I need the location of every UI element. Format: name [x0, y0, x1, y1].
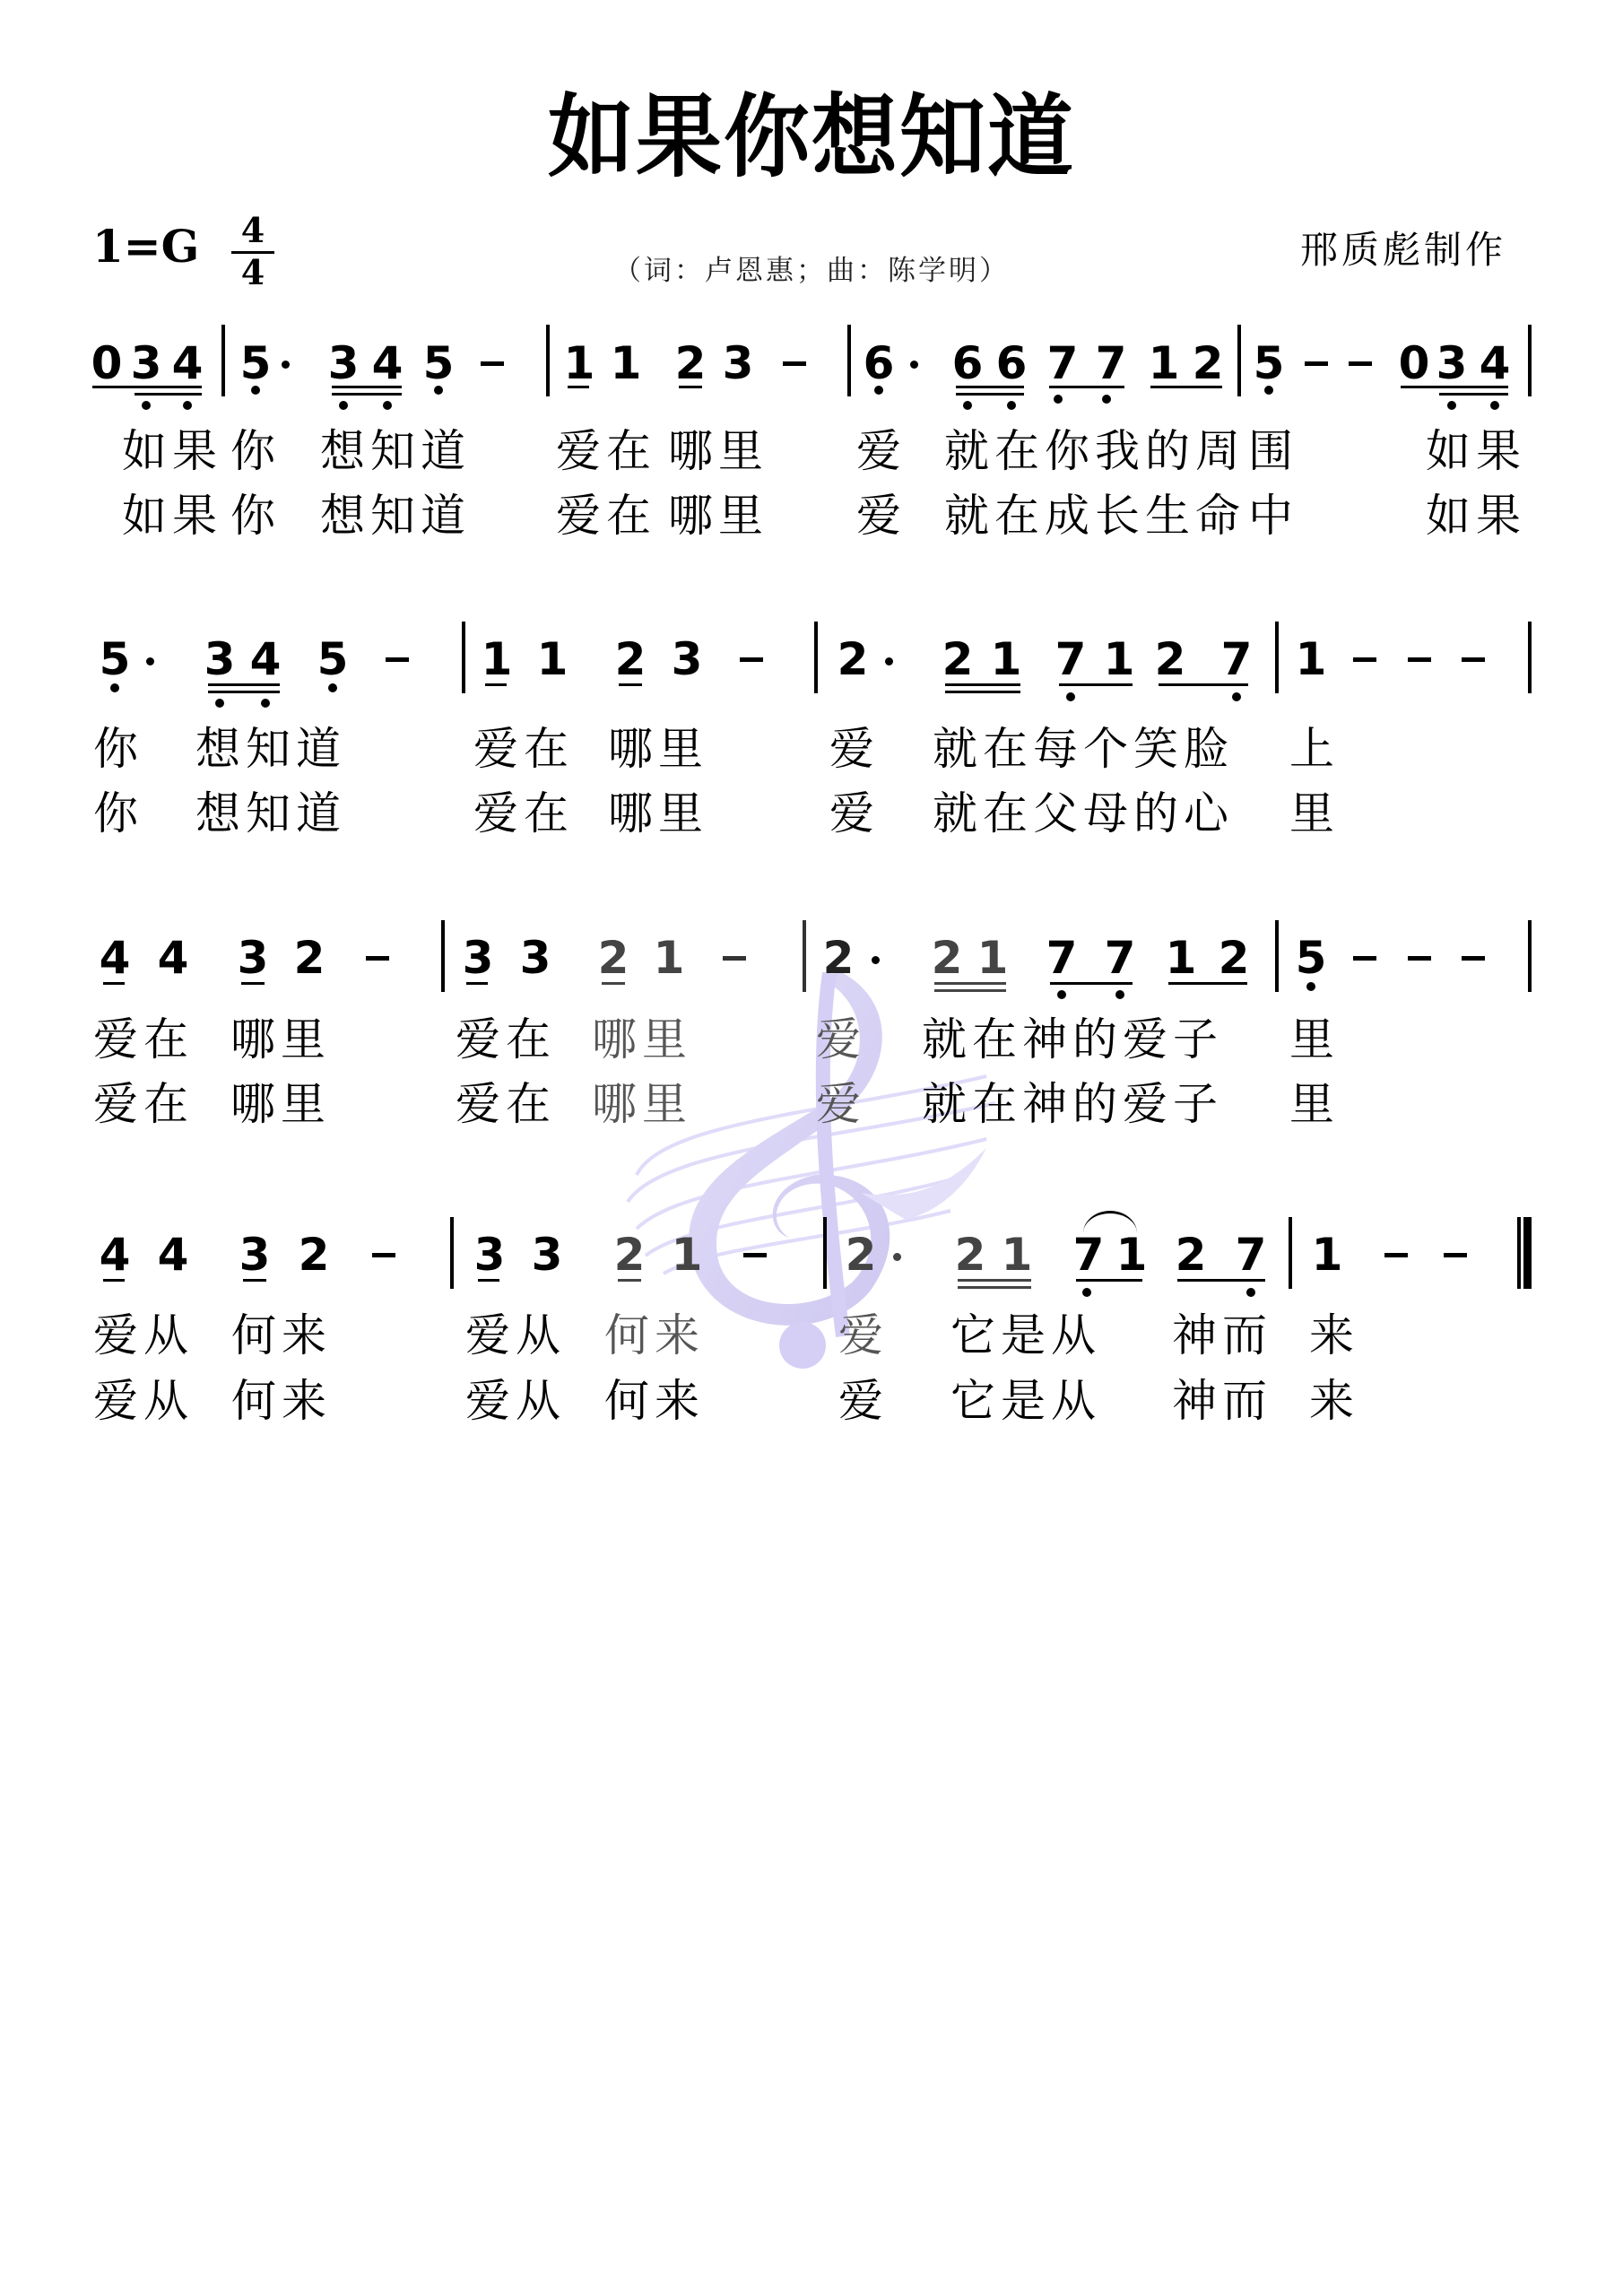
- eighth-beam: [243, 1279, 266, 1282]
- dash: [723, 956, 746, 961]
- low-octave-dot: [1115, 990, 1124, 999]
- lyric: 如果: [122, 429, 222, 474]
- low-octave-dot: [328, 683, 337, 692]
- note: 7: [1093, 341, 1129, 386]
- slur: [1083, 1211, 1137, 1233]
- low-octave-dot: [963, 401, 972, 410]
- lyric: 想知道: [195, 791, 346, 836]
- barline: [814, 622, 818, 693]
- note: 1: [651, 935, 687, 980]
- low-octave-dot: [1490, 401, 1499, 410]
- note: 3: [128, 341, 164, 386]
- note: 1: [1163, 935, 1199, 980]
- note: 2: [1190, 341, 1226, 386]
- low-octave-dot: [1102, 395, 1111, 404]
- eighth-beam: [619, 683, 642, 686]
- barline: [1289, 1217, 1292, 1289]
- lyric: 爱在: [473, 791, 574, 836]
- eighth-beam: [1150, 386, 1222, 388]
- low-octave-dot: [383, 401, 392, 410]
- note: 3: [1434, 341, 1470, 386]
- sixteenth-beam: [1439, 393, 1508, 396]
- eighth-beam: [1168, 982, 1247, 985]
- note: 2: [929, 935, 965, 980]
- note: 1: [534, 637, 570, 682]
- dash: [1462, 657, 1485, 662]
- augmentation-dot: [146, 657, 154, 665]
- dash: [481, 361, 504, 366]
- note: 4: [247, 637, 283, 682]
- note: 3: [460, 935, 496, 980]
- final-double-barline: [1517, 1217, 1532, 1289]
- note: 4: [155, 1232, 191, 1277]
- note: 2: [1152, 637, 1188, 682]
- eighth-beam: [1049, 386, 1124, 388]
- lyric: 哪里: [608, 726, 708, 771]
- barline: [1528, 622, 1532, 693]
- lyric: 爱: [829, 791, 880, 836]
- sixteenth-beam: [934, 989, 1006, 992]
- low-octave-dot: [261, 699, 270, 708]
- eighth-beam: [602, 982, 625, 985]
- note: 7: [1102, 935, 1138, 980]
- barline: [221, 325, 225, 396]
- low-octave-dot: [874, 386, 883, 395]
- lyric: 如果: [1426, 429, 1526, 474]
- note: 4: [169, 341, 205, 386]
- lyric: 就在成长生命: [944, 493, 1245, 538]
- dash: [1305, 361, 1328, 366]
- lyric: 爱从: [93, 1378, 194, 1423]
- eighth-beam: [103, 982, 125, 985]
- lyric: 里: [1289, 1082, 1340, 1126]
- note: 5: [315, 637, 351, 682]
- lyric: 上: [1289, 726, 1340, 771]
- arranger-credit: 邢质彪制作: [1300, 221, 1506, 274]
- note: 5: [238, 341, 273, 386]
- song-title: 如果你想知道: [0, 92, 1623, 183]
- lyric: 它是从: [950, 1313, 1101, 1358]
- barline: [823, 1217, 827, 1289]
- dash: [783, 361, 806, 366]
- lyric: 来: [1309, 1313, 1359, 1358]
- lyric: 哪里: [230, 1017, 331, 1062]
- note: 1: [1101, 637, 1137, 682]
- sixteenth-beam: [945, 683, 1020, 686]
- lyric: 你: [230, 493, 281, 538]
- lyric: 就在神的爱子: [922, 1082, 1223, 1126]
- augmentation-dot: [893, 1253, 901, 1261]
- note: 7: [1219, 637, 1254, 682]
- note: 2: [673, 341, 708, 386]
- eighth-beam: [1059, 683, 1133, 686]
- eighth-beam: [1177, 1279, 1265, 1282]
- sixteenth-beam: [332, 386, 402, 388]
- barline: [847, 325, 851, 396]
- note: 7: [1233, 1232, 1269, 1277]
- dash: [1408, 956, 1431, 961]
- lyric: 它是从: [950, 1378, 1101, 1423]
- dash: [743, 1253, 767, 1257]
- note: 2: [612, 1232, 647, 1277]
- low-octave-dot: [183, 401, 192, 410]
- low-octave-dot: [1057, 990, 1066, 999]
- note: 4: [155, 935, 191, 980]
- lyric: 就在神的爱子: [922, 1017, 1223, 1062]
- barline: [450, 1217, 454, 1289]
- note: 7: [1044, 935, 1080, 980]
- note: 4: [369, 341, 405, 386]
- low-octave-dot: [339, 401, 348, 410]
- note: 4: [97, 1232, 133, 1277]
- note: 2: [296, 1232, 332, 1277]
- low-octave-dot: [1232, 692, 1241, 701]
- lyric: 爱从: [465, 1378, 566, 1423]
- low-octave-dot: [1246, 1288, 1255, 1297]
- note: 2: [1216, 935, 1252, 980]
- barline: [441, 920, 445, 992]
- lyric: 爱: [856, 493, 907, 538]
- sixteenth-beam: [135, 393, 202, 396]
- lyric: 围: [1248, 429, 1298, 474]
- sixteenth-beam: [956, 393, 1024, 396]
- note: 1: [975, 935, 1011, 980]
- augmentation-dot: [885, 657, 893, 665]
- eighth-beam: [679, 386, 702, 388]
- lyric: 中: [1248, 493, 1298, 538]
- dash: [1349, 361, 1372, 366]
- note: 1: [1114, 1232, 1150, 1277]
- barline: [1275, 622, 1279, 693]
- eighth-beam: [1076, 1279, 1142, 1282]
- lyric: 爱: [816, 1082, 866, 1126]
- sixteenth-beam: [958, 1279, 1031, 1282]
- note: 5: [1251, 341, 1287, 386]
- note: 1: [1293, 637, 1329, 682]
- lyric: 爱在: [456, 1082, 556, 1126]
- note: 1: [669, 1232, 705, 1277]
- note: 3: [472, 1232, 508, 1277]
- lyric: 里: [1289, 1017, 1340, 1062]
- lyric: 想知道: [320, 429, 471, 474]
- note: 2: [835, 637, 871, 682]
- lyric: 爱: [856, 429, 907, 474]
- low-octave-dot: [1066, 692, 1075, 701]
- note: 4: [97, 935, 133, 980]
- note: 4: [1477, 341, 1513, 386]
- note: 1: [479, 637, 515, 682]
- note: 2: [952, 1232, 988, 1277]
- lyric: 神而: [1172, 1378, 1272, 1423]
- dash: [1462, 956, 1485, 961]
- low-octave-dot: [1054, 395, 1063, 404]
- lyric: 爱在: [556, 493, 656, 538]
- barline: [1528, 920, 1532, 992]
- note: 5: [97, 637, 133, 682]
- note: 5: [1293, 935, 1329, 980]
- sixteenth-beam: [958, 1286, 1031, 1289]
- double-barline-thick: [1523, 1217, 1532, 1289]
- double-barline-thin: [1517, 1217, 1521, 1289]
- note: 0: [1396, 341, 1432, 386]
- sixteenth-beam: [945, 691, 1020, 693]
- lyric: 就在父母的心: [933, 791, 1234, 836]
- lyric: 你: [93, 791, 143, 836]
- lyric: 你: [93, 726, 143, 771]
- lyric: 爱在: [93, 1082, 194, 1126]
- lyric: 何来: [231, 1378, 332, 1423]
- sixteenth-beam: [332, 393, 402, 396]
- note: 2: [940, 637, 976, 682]
- dash: [1408, 657, 1431, 662]
- low-octave-dot: [251, 386, 260, 395]
- low-octave-dot: [215, 699, 224, 708]
- note: 1: [988, 637, 1024, 682]
- sixteenth-beam: [208, 691, 280, 693]
- lyric: 你: [230, 429, 281, 474]
- eighth-beam: [103, 1279, 125, 1282]
- eighth-beam: [568, 386, 589, 388]
- lyric: 哪里: [230, 1082, 331, 1126]
- augmentation-dot: [872, 956, 880, 964]
- note: 3: [529, 1232, 565, 1277]
- lyric: 就在每个笑脸: [933, 726, 1234, 771]
- sixteenth-beam: [956, 386, 1024, 388]
- note: 7: [1071, 1232, 1107, 1277]
- eighth-beam: [1159, 683, 1248, 686]
- lyric: 爱: [838, 1378, 889, 1423]
- lyric: 何来: [231, 1313, 332, 1358]
- note: 5: [421, 341, 456, 386]
- eighth-beam: [92, 386, 202, 388]
- note: 3: [325, 341, 361, 386]
- lyric: 爱在: [93, 1017, 194, 1062]
- low-octave-dot: [1447, 401, 1456, 410]
- lyric: 哪里: [592, 1017, 692, 1062]
- dash: [1444, 1253, 1467, 1257]
- eighth-beam: [1401, 386, 1508, 388]
- low-octave-dot: [142, 401, 151, 410]
- eighth-beam: [478, 1279, 499, 1282]
- dash: [372, 1253, 395, 1257]
- note: 1: [999, 1232, 1035, 1277]
- eighth-beam: [485, 683, 507, 686]
- lyric: 何来: [604, 1313, 705, 1358]
- sixteenth-beam: [934, 982, 1006, 985]
- lyric: 爱在: [556, 429, 656, 474]
- note: 1: [608, 341, 644, 386]
- note: 2: [843, 1232, 879, 1277]
- lyric: 哪里: [668, 429, 768, 474]
- lyric: 爱在: [473, 726, 574, 771]
- note: 3: [720, 341, 756, 386]
- dash: [1353, 956, 1376, 961]
- barline: [546, 325, 550, 396]
- note: 7: [1053, 637, 1089, 682]
- note: 3: [237, 1232, 273, 1277]
- note: 1: [1309, 1232, 1345, 1277]
- note: 1: [1146, 341, 1182, 386]
- lyric: 想知道: [195, 726, 346, 771]
- barline: [1237, 325, 1241, 396]
- note: 7: [1045, 341, 1081, 386]
- note: 3: [669, 637, 705, 682]
- lyric: 来: [1309, 1378, 1359, 1423]
- eighth-beam: [241, 982, 265, 985]
- lyric: 里: [1289, 791, 1340, 836]
- augmentation-dot: [282, 361, 290, 369]
- lyric: 如果: [122, 493, 222, 538]
- lyric: 哪里: [668, 493, 768, 538]
- note: 1: [561, 341, 597, 386]
- lyric: 爱: [829, 726, 880, 771]
- lyric: 哪里: [608, 791, 708, 836]
- eighth-beam: [618, 1279, 641, 1282]
- note: 2: [1173, 1232, 1209, 1277]
- low-octave-dot: [1007, 401, 1016, 410]
- dash: [740, 657, 763, 662]
- note: 2: [595, 935, 631, 980]
- note: 3: [235, 935, 271, 980]
- low-octave-dot: [1306, 982, 1315, 991]
- barline: [462, 622, 465, 693]
- lyric: 神而: [1172, 1313, 1272, 1358]
- note: 2: [291, 935, 327, 980]
- lyric: 爱从: [465, 1313, 566, 1358]
- lyric: 哪里: [592, 1082, 692, 1126]
- lyric: 爱: [816, 1017, 866, 1062]
- low-octave-dot: [434, 386, 443, 395]
- note: 3: [517, 935, 553, 980]
- barline: [1275, 920, 1279, 992]
- barline: [1528, 325, 1532, 396]
- low-octave-dot: [1264, 386, 1273, 395]
- lyric: 如果: [1426, 493, 1526, 538]
- barline: [803, 920, 806, 992]
- lyric: 想知道: [320, 493, 471, 538]
- lyric: 就在你我的周: [944, 429, 1245, 474]
- lyric: 何来: [604, 1378, 705, 1423]
- low-octave-dot: [110, 683, 119, 692]
- dash: [366, 956, 389, 961]
- note: 2: [820, 935, 856, 980]
- dash: [386, 657, 409, 662]
- time-signature-numerator: 4: [231, 213, 274, 249]
- note: 6: [950, 341, 985, 386]
- lyric: 爱在: [456, 1017, 556, 1062]
- eighth-beam: [1050, 982, 1133, 985]
- eighth-beam: [466, 982, 488, 985]
- sixteenth-beam: [208, 683, 280, 686]
- lyric: 爱: [838, 1313, 889, 1358]
- dash: [1353, 657, 1376, 662]
- note: 2: [612, 637, 648, 682]
- low-octave-dot: [1082, 1288, 1091, 1297]
- note: 0: [89, 341, 125, 386]
- note: 6: [994, 341, 1029, 386]
- note: 6: [861, 341, 897, 386]
- lyric: 爱从: [93, 1313, 194, 1358]
- dash: [1384, 1253, 1408, 1257]
- note: 3: [202, 637, 238, 682]
- augmentation-dot: [910, 361, 918, 369]
